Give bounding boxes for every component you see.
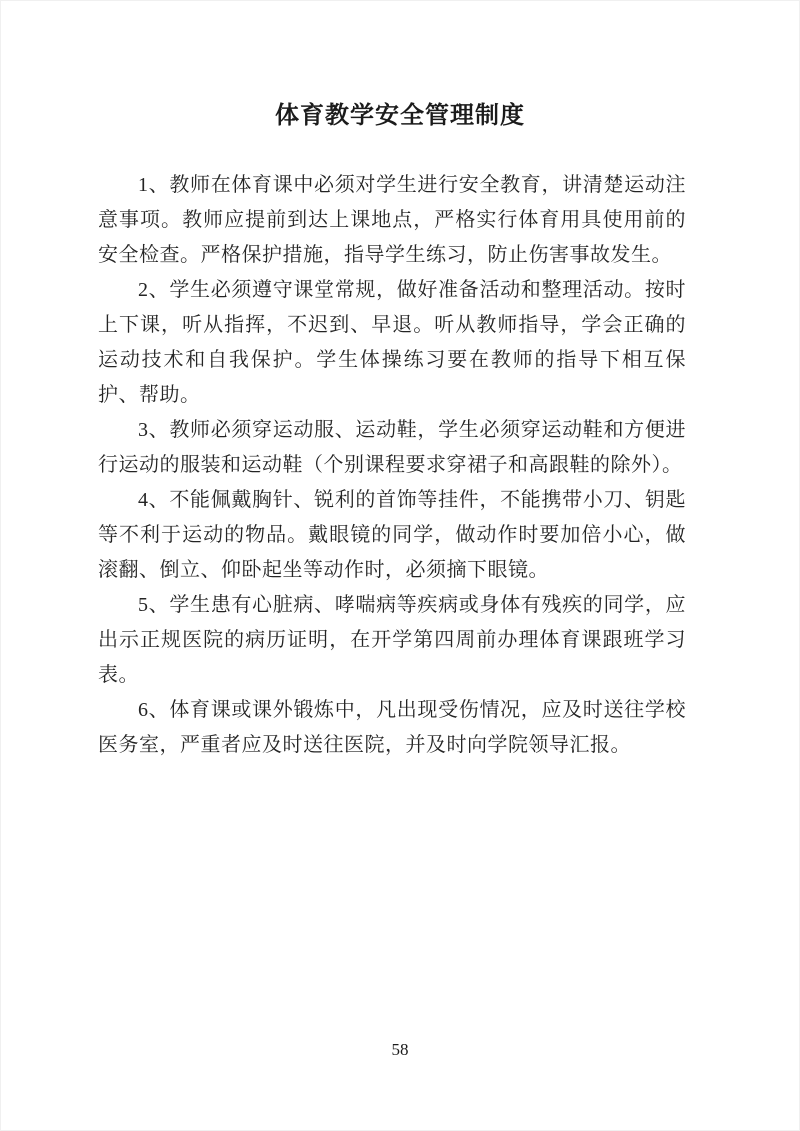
paragraph-6: 6、体育课或课外锻炼中，凡出现受伤情况，应及时送往学校医务室，严重者应及时送往医… xyxy=(98,693,686,763)
document-body: 1、教师在体育课中必须对学生进行安全教育，讲清楚运动注意事项。教师应提前到达上课… xyxy=(98,168,686,763)
paragraph-3: 3、教师必须穿运动服、运动鞋，学生必须穿运动鞋和方便进行运动的服装和运动鞋（个别… xyxy=(98,413,686,483)
paragraph-4: 4、不能佩戴胸针、锐利的首饰等挂件，不能携带小刀、钥匙等不利于运动的物品。戴眼镜… xyxy=(98,483,686,588)
paragraph-2: 2、学生必须遵守课堂常规，做好准备活动和整理活动。按时上下课，听从指挥，不迟到、… xyxy=(98,273,686,413)
document-page: 体育教学安全管理制度 1、教师在体育课中必须对学生进行安全教育，讲清楚运动注意事… xyxy=(0,0,800,1131)
page-number: 58 xyxy=(0,1040,800,1060)
page-title: 体育教学安全管理制度 xyxy=(0,0,800,136)
paragraph-5: 5、学生患有心脏病、哮喘病等疾病或身体有残疾的同学，应出示正规医院的病历证明，在… xyxy=(98,588,686,693)
paragraph-1: 1、教师在体育课中必须对学生进行安全教育，讲清楚运动注意事项。教师应提前到达上课… xyxy=(98,168,686,273)
